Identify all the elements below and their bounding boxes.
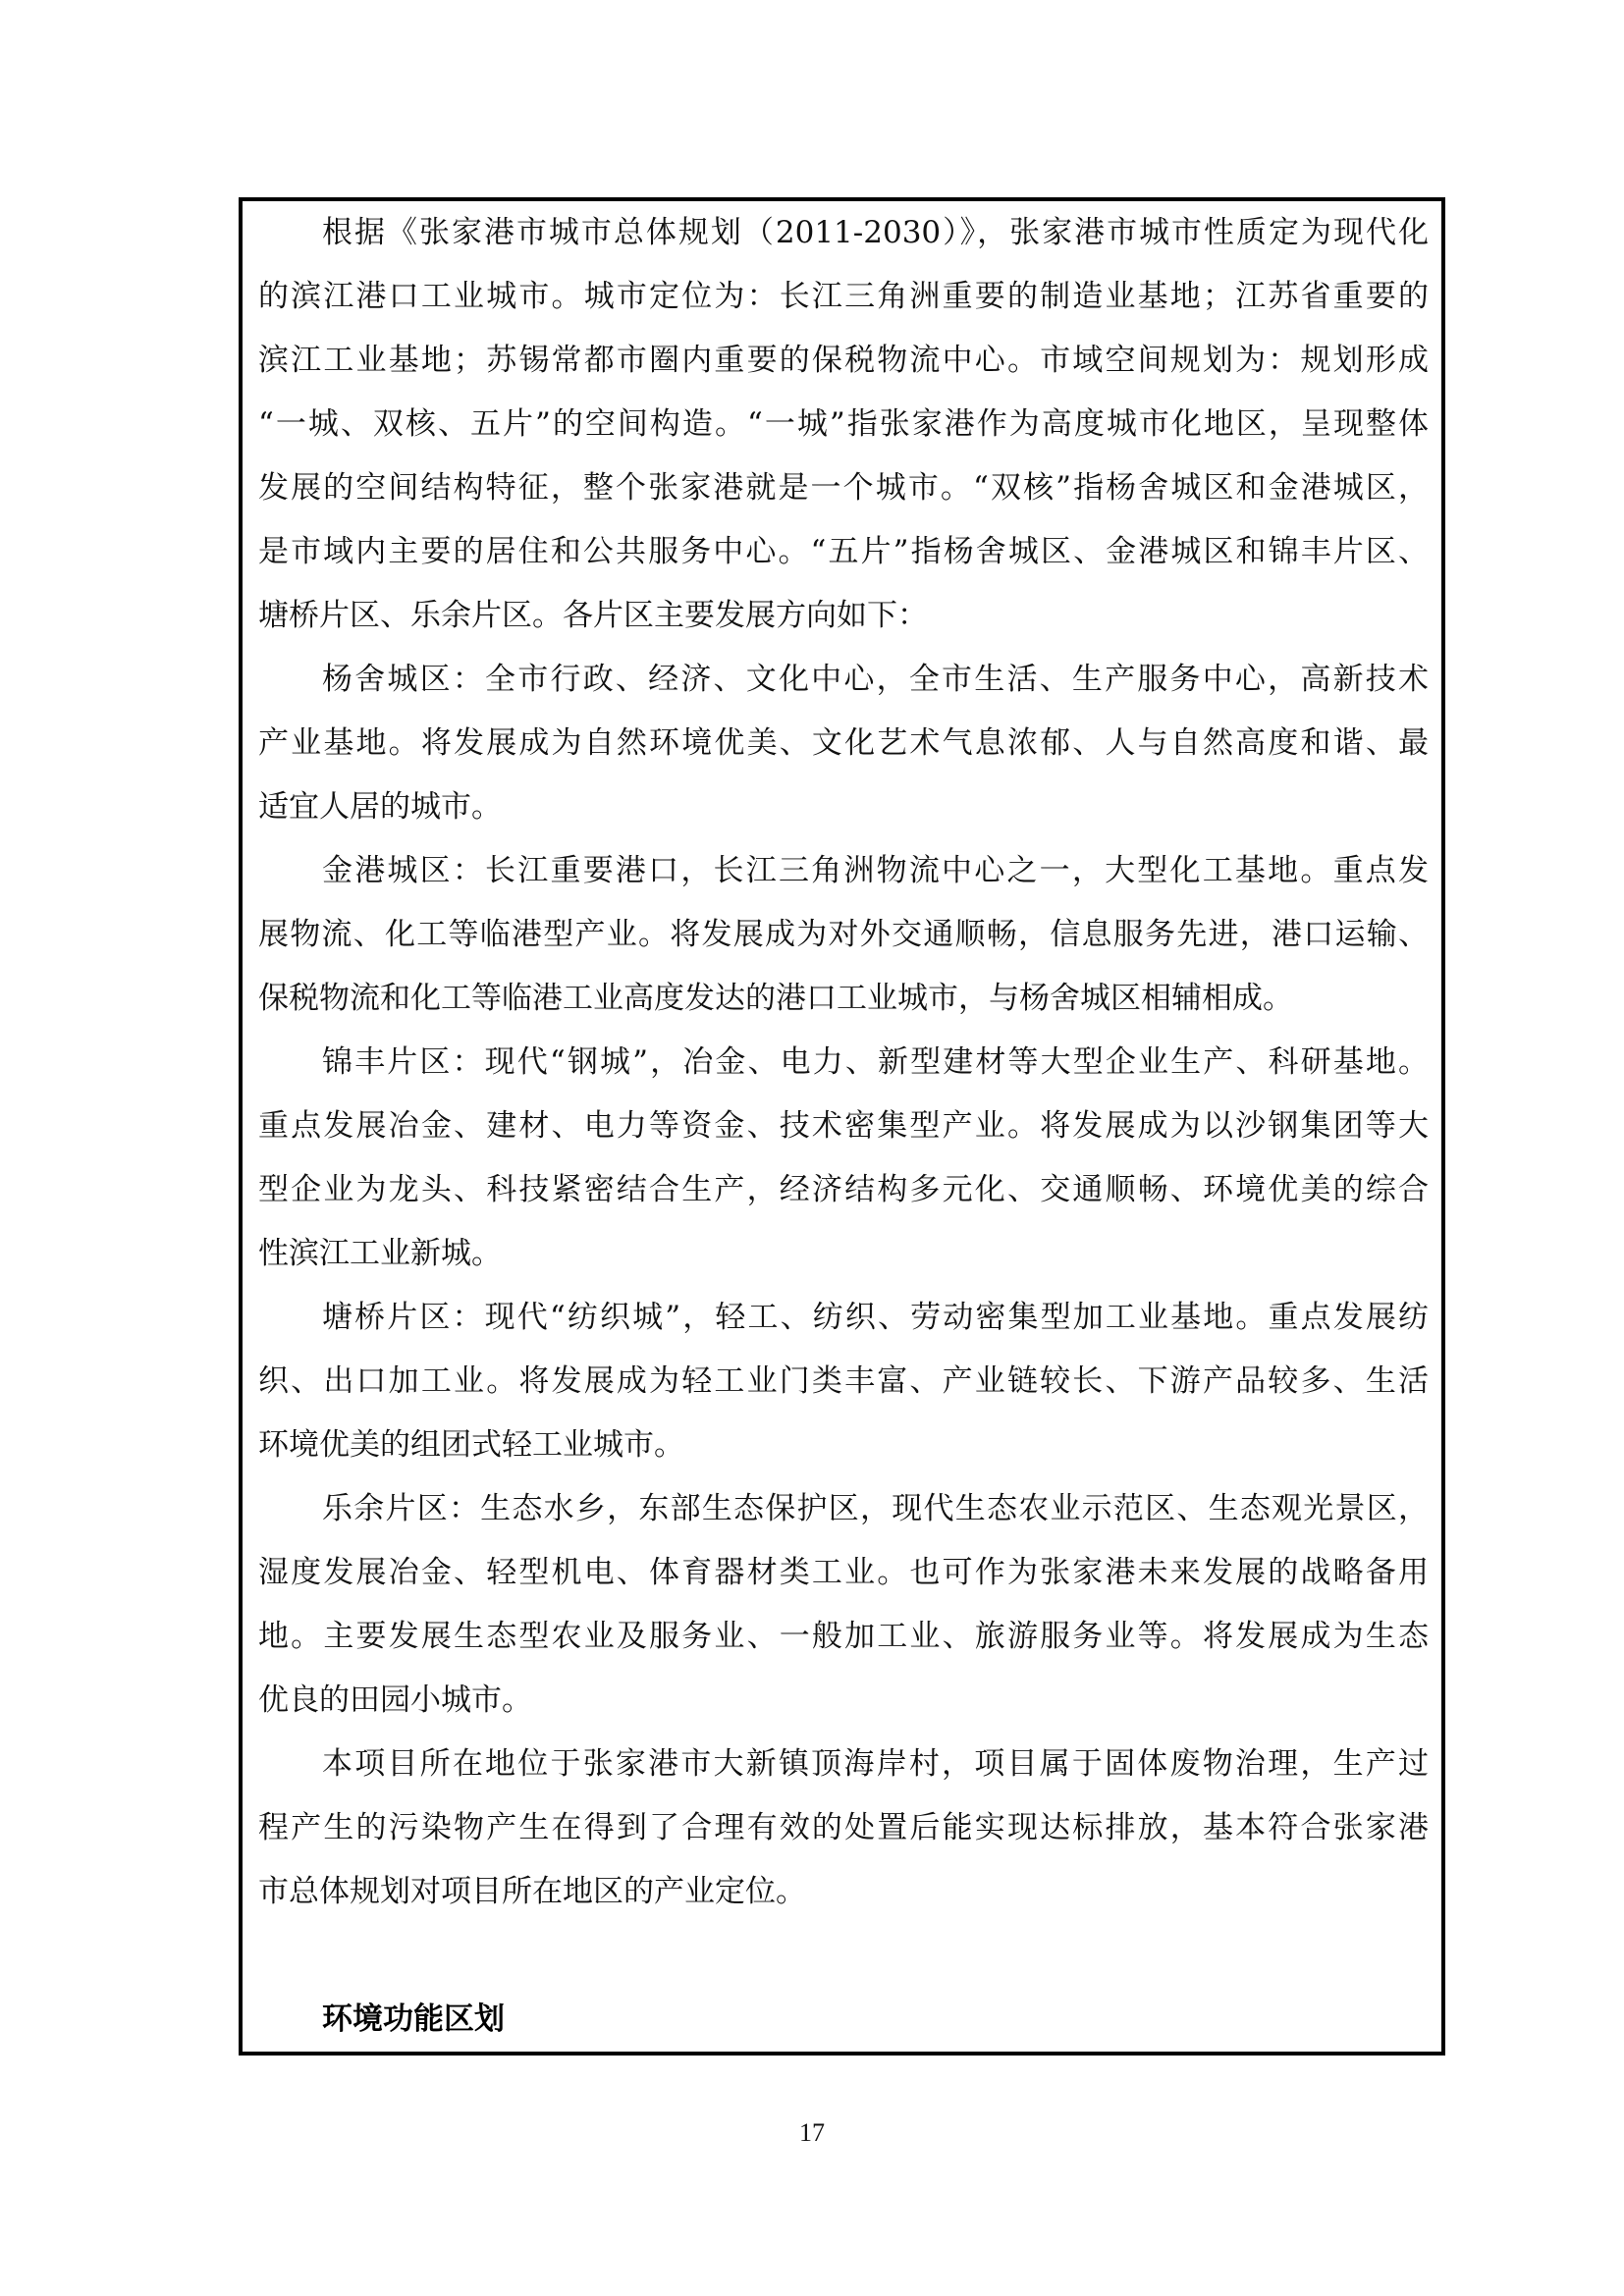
paragraph-leyu: 乐余片区：生态水乡，东部生态保护区，现代生态农业示范区、生态观光景区， 湿度发展… (258, 1477, 1429, 1733)
paragraph-tangqiao: 塘桥片区：现代“纺织城”，轻工、纺织、劳动密集型加工业基地。重点发展纺 织、出口… (258, 1286, 1429, 1477)
text-line: “一城、双核、五片”的空间构造。“一城”指张家港作为高度城市化地区，呈现整体 (258, 393, 1429, 456)
text-line: 发展的空间结构特征，整个张家港就是一个城市。“双核”指杨舍城区和金港城区， (258, 456, 1429, 520)
text-line: 产业基地。将发展成为自然环境优美、文化艺术气息浓郁、人与自然高度和谐、最 (258, 712, 1429, 775)
text-line: 乐余片区：生态水乡，东部生态保护区，现代生态农业示范区、生态观光景区， (258, 1477, 1429, 1541)
text-line: 型企业为龙头、科技紧密结合生产，经济结构多元化、交通顺畅、环境优美的综合 (258, 1158, 1429, 1222)
blank-line (258, 1924, 1429, 1988)
section-heading: 环境功能区划 (258, 1988, 1429, 2052)
text-line: 适宜人居的城市。 (258, 775, 1429, 839)
bordered-table-cell: 根据《张家港市城市总体规划（2011-2030）》，张家港市城市性质定为现代化 … (239, 197, 1445, 2056)
paragraph-project-conformity: 本项目所在地位于张家港市大新镇顶海岸村，项目属于固体废物治理，生产过 程产生的污… (258, 1733, 1429, 1924)
text-line: 织、出口加工业。将发展成为轻工业门类丰富、产业链较长、下游产品较多、生活 (258, 1350, 1429, 1414)
text-line: 塘桥片区、乐余片区。各片区主要发展方向如下： (258, 584, 1429, 648)
text-line: 程产生的污染物产生在得到了合理有效的处置后能实现达标排放，基本符合张家港 (258, 1796, 1429, 1860)
text-line: 市总体规划对项目所在地区的产业定位。 (258, 1860, 1429, 1924)
document-page: 根据《张家港市城市总体规划（2011-2030）》，张家港市城市性质定为现代化 … (0, 0, 1624, 2296)
text-line: 金港城区：长江重要港口，长江三角洲物流中心之一，大型化工基地。重点发 (258, 839, 1429, 903)
text-line: 重点发展冶金、建材、电力等资金、技术密集型产业。将发展成为以沙钢集团等大 (258, 1095, 1429, 1158)
text-line: 本项目所在地位于张家港市大新镇顶海岸村，项目属于固体废物治理，生产过 (258, 1733, 1429, 1796)
text-line: 环境优美的组团式轻工业城市。 (258, 1414, 1429, 1477)
paragraph-jinfeng: 锦丰片区：现代“钢城”，冶金、电力、新型建材等大型企业生产、科研基地。 重点发展… (258, 1031, 1429, 1286)
text-line: 优良的田园小城市。 (258, 1669, 1429, 1733)
text-line: 杨舍城区：全市行政、经济、文化中心，全市生活、生产服务中心，高新技术 (258, 648, 1429, 712)
text-line: 塘桥片区：现代“纺织城”，轻工、纺织、劳动密集型加工业基地。重点发展纺 (258, 1286, 1429, 1350)
cell-content: 根据《张家港市城市总体规划（2011-2030）》，张家港市城市性质定为现代化 … (258, 201, 1429, 2052)
text-line: 锦丰片区：现代“钢城”，冶金、电力、新型建材等大型企业生产、科研基地。 (258, 1031, 1429, 1095)
paragraph-jingang: 金港城区：长江重要港口，长江三角洲物流中心之一，大型化工基地。重点发 展物流、化… (258, 839, 1429, 1031)
text-line: 是市域内主要的居住和公共服务中心。“五片”指杨舍城区、金港城区和锦丰片区、 (258, 520, 1429, 584)
page-number: 17 (0, 2118, 1624, 2148)
text-line: 湿度发展冶金、轻型机电、体育器材类工业。也可作为张家港未来发展的战略备用 (258, 1541, 1429, 1605)
paragraph-yangshe: 杨舍城区：全市行政、经济、文化中心，全市生活、生产服务中心，高新技术 产业基地。… (258, 648, 1429, 839)
text-line: 根据《张家港市城市总体规划（2011-2030）》，张家港市城市性质定为现代化 (258, 201, 1429, 265)
text-line: 保税物流和化工等临港工业高度发达的港口工业城市，与杨舍城区相辅相成。 (258, 967, 1429, 1031)
text-line: 性滨江工业新城。 (258, 1222, 1429, 1286)
text-line: 的滨江港口工业城市。城市定位为：长江三角洲重要的制造业基地；江苏省重要的 (258, 265, 1429, 329)
text-line: 展物流、化工等临港型产业。将发展成为对外交通顺畅，信息服务先进，港口运输、 (258, 903, 1429, 967)
text-line: 滨江工业基地；苏锡常都市圈内重要的保税物流中心。市域空间规划为：规划形成 (258, 329, 1429, 393)
text-line: 地。主要发展生态型农业及服务业、一般加工业、旅游服务业等。将发展成为生态 (258, 1605, 1429, 1669)
paragraph-city-plan-intro: 根据《张家港市城市总体规划（2011-2030）》，张家港市城市性质定为现代化 … (258, 201, 1429, 648)
